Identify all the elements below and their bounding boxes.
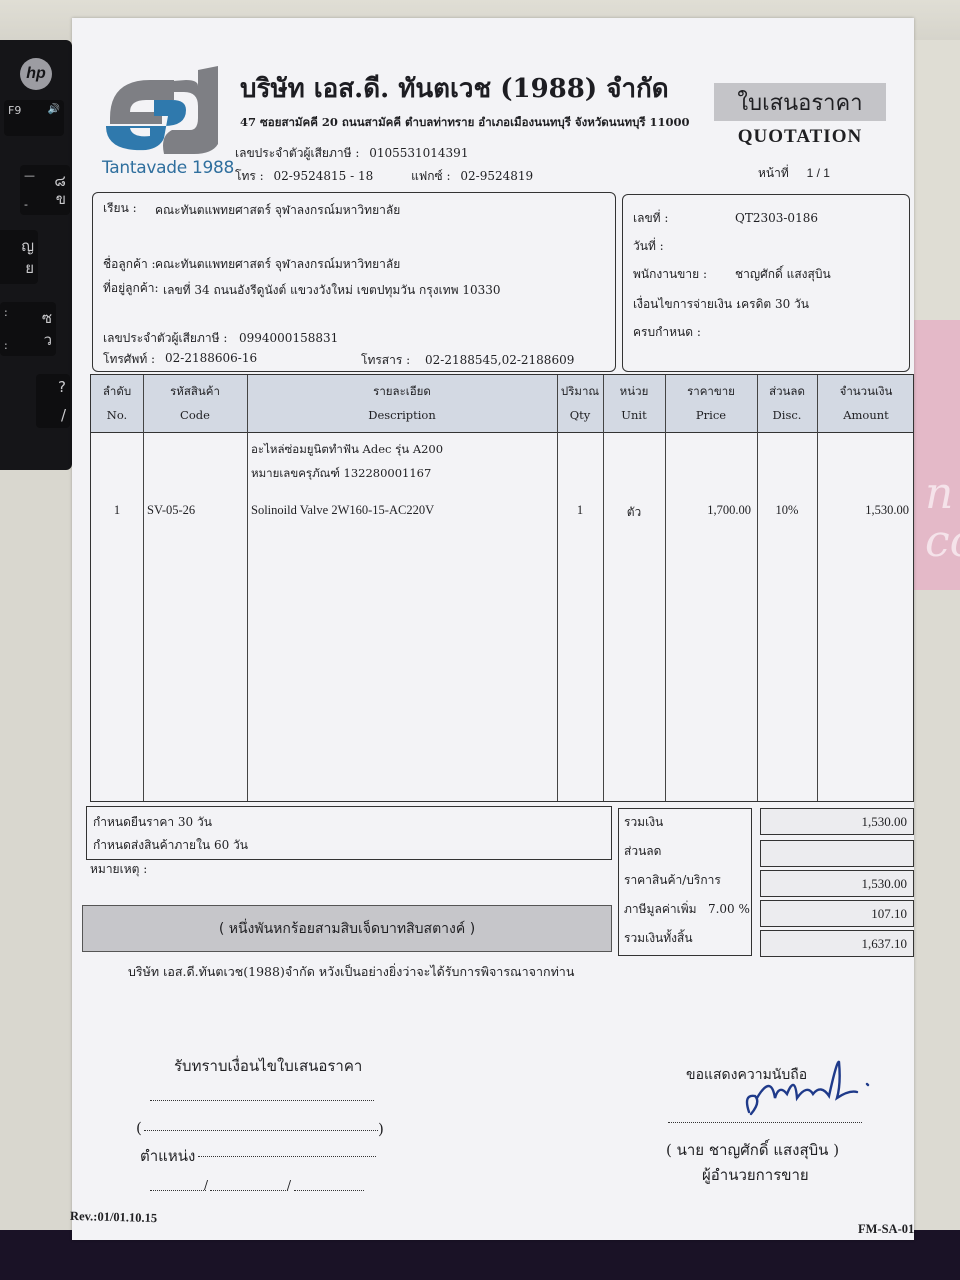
page-label: หน้าที่ (758, 166, 789, 180)
acknowledge-signature-line (150, 1100, 374, 1101)
customer-tax-id-value: 0994000158831 (239, 331, 338, 345)
payment-terms-label: เงื่อนไขการจ่ายเงิน : (633, 295, 740, 314)
keyboard: hp F9 🔊 — - ๘ ข ญ ย : : ซ ว ? / (0, 40, 72, 470)
hp-logo-icon: hp (20, 58, 52, 90)
row-description-line: อะไหล่ซ่อมยูนิตทำฟัน Adec รุ่น A200 (251, 441, 443, 459)
total-grand-value: 1,637.10 (760, 930, 914, 957)
row-unit: ตัว (603, 503, 665, 522)
row-price: 1,700.00 (665, 503, 751, 518)
total-vat-value: 107.10 (760, 900, 914, 927)
salesperson-label: พนักงานขาย : (633, 265, 707, 284)
acknowledge-position-label: ตำแหน่ง (140, 1144, 195, 1168)
customer-fax-value: 02-2188545,02-2188609 (425, 353, 574, 367)
customer-fax-label: โทรสาร : (361, 351, 410, 370)
customer-name-value: คณะทันตแพทยศาสตร์ จุฬาลงกรณ์มหาวิทยาลัย (155, 255, 400, 274)
quotation-document: Tantavade 1988 บริษัท เอส.ดี. ทันตเวช (1… (72, 18, 914, 1240)
signatory-name: ( นาย ชาญศักดิ์ แสงสุบิน ) (666, 1138, 839, 1162)
condition-delivery: กำหนดส่งสินค้าภายใน 60 วัน (93, 836, 248, 855)
row-code: SV-05-26 (147, 503, 195, 518)
condition-price-validity: กำหนดยืนราคา 30 วัน (93, 813, 212, 832)
customer-to-label: เรียน : (103, 199, 137, 218)
total-discount-value (760, 840, 914, 867)
signatory-title: ผู้อำนวยการขาย (702, 1163, 809, 1187)
row-qty: 1 (557, 503, 603, 518)
key-label: : (4, 306, 8, 319)
items-table: ลำดับNo. รหัสสินค้าCode รายละเอียดDescri… (90, 374, 914, 802)
key-label: / (61, 406, 66, 424)
company-address: 47 ซอยสามัคคี 20 ถนนสามัคคี ตำบลท่าทราย … (240, 114, 690, 132)
document-title-th: ใบเสนอราคา (714, 83, 886, 121)
speaker-icon: 🔊 (48, 104, 60, 115)
signatory-signature-line (668, 1122, 862, 1123)
company-tax-id-value: 0105531014391 (369, 146, 468, 160)
company-logo-icon (102, 66, 220, 156)
column-header-code: รหัสสินค้าCode (143, 375, 247, 433)
key-label: ซ (42, 306, 52, 330)
company-fax-label: แฟกซ์ : (411, 169, 451, 183)
company-name: บริษัท เอส.ดี. ทันตเวช (1988) จำกัด (240, 68, 669, 109)
total-net-value: 1,530.00 (760, 870, 914, 897)
keyboard-key: ญ ย (0, 230, 38, 284)
key-label: - (24, 198, 28, 211)
total-grand-label: รวมเงินทั้งสิ้น (624, 929, 693, 948)
column-header-unit: หน่วยUnit (603, 375, 665, 433)
acknowledge-title: รับทราบเงื่อนไขใบเสนอราคา (174, 1054, 362, 1078)
key-label: — (24, 169, 35, 182)
total-subtotal-label: รวมเงิน (624, 813, 663, 832)
column-header-qty: ปริมาณQty (557, 375, 603, 433)
page-number: หน้าที่ 1 / 1 (758, 164, 830, 183)
column-header-amount: จำนวนเงินAmount (817, 375, 915, 433)
acknowledge-position-line (198, 1156, 376, 1157)
closing-statement: บริษัท เอส.ดี.ทันตเวช(1988)จำกัด หวังเป็… (128, 962, 574, 982)
column-header-description: รายละเอียดDescription (247, 375, 557, 433)
keyboard-key: : : ซ ว (0, 302, 56, 356)
totals-labels-box: รวมเงิน ส่วนลด ราคาสินค้า/บริการ ภาษีมูล… (618, 808, 752, 956)
row-description-line: หมายเลขครุภัณฑ์ 132280001167 (251, 465, 431, 483)
page-value: 1 / 1 (807, 166, 830, 180)
row-amount: 1,530.00 (817, 503, 909, 518)
customer-phone-label: โทรศัพท์ : (103, 350, 155, 369)
document-title-en: QUOTATION (714, 126, 886, 148)
keyboard-key: ? / (36, 374, 70, 428)
column-header-discount: ส่วนลดDisc. (757, 375, 817, 433)
customer-tax-id-label: เลขประจำตัวผู้เสียภาษี : (103, 329, 227, 348)
key-label: ว (44, 328, 52, 352)
company-fax-value: 02-9524819 (460, 169, 533, 183)
company-phone-label: โทร : (235, 169, 264, 183)
customer-address-label: ที่อยู่ลูกค้า: (103, 279, 159, 298)
close-paren: ) (378, 1120, 384, 1138)
payment-terms-value: เครดิต 30 วัน (737, 295, 809, 314)
customer-name-label: ชื่อลูกค้า : (103, 255, 156, 274)
company-tax-id-label: เลขประจำตัวผู้เสียภาษี : (235, 146, 359, 160)
total-subtotal-value: 1,530.00 (760, 808, 914, 835)
company-phone-value: 02-9524815 - 18 (274, 169, 374, 183)
key-label: ญ (21, 234, 34, 258)
quotation-info-box: เลขที่ : QT2303-0186 วันที่ : พนักงานขาย… (622, 194, 910, 372)
row-description-line: Solinoild Valve 2W160-15-AC220V (251, 503, 434, 518)
handwritten-signature-icon (737, 1054, 887, 1124)
quote-number-label: เลขที่ : (633, 209, 668, 228)
quote-number-value: QT2303-0186 (735, 211, 818, 225)
key-label: ข (56, 187, 66, 211)
date-year-line (294, 1190, 364, 1191)
date-separator: / (204, 1178, 208, 1192)
key-label: F9 (8, 104, 21, 117)
keyboard-key: — - ๘ ข (20, 165, 70, 215)
customer-address-value: เลขที่ 34 ถนนอังรีดูนังต์ แขวงวังใหม่ เข… (163, 281, 501, 300)
company-logo-text: Tantavade 1988 (102, 158, 234, 178)
customer-to-value: คณะทันตแพทยศาสตร์ จุฬาลงกรณ์มหาวิทยาลัย (155, 201, 400, 220)
key-label: ย (25, 256, 34, 280)
date-day-line (150, 1190, 206, 1191)
row-discount: 10% (757, 503, 817, 518)
total-vat-label: ภาษีมูลค่าเพิ่ม 7.00 % (624, 900, 750, 919)
salesperson-value: ชาญศักดิ์ แสงสุบิน (735, 265, 831, 284)
column-header-price: ราคาขายPrice (665, 375, 757, 433)
remark-label: หมายเหตุ : (90, 860, 147, 879)
company-contact: โทร : 02-9524815 - 18 แฟกซ์ : 02-9524819 (235, 167, 533, 186)
amount-in-words: ( หนึ่งพันหกร้อยสามสิบเจ็ดบาทสิบสตางค์ ) (82, 905, 612, 952)
revision-code: Rev.:01/01.10.15 (70, 1209, 158, 1226)
quote-date-label: วันที่ : (633, 237, 664, 256)
key-label: ? (58, 378, 66, 396)
row-no: 1 (91, 503, 143, 518)
date-month-line (210, 1190, 288, 1191)
company-tax-id: เลขประจำตัวผู้เสียภาษี : 0105531014391 (235, 144, 468, 163)
customer-info-box: เรียน : คณะทันตแพทยศาสตร์ จุฬาลงกรณ์มหาว… (92, 192, 616, 372)
date-separator: / (287, 1178, 291, 1192)
key-label: : (4, 339, 8, 352)
customer-phone-value: 02-2188606-16 (165, 351, 257, 365)
total-discount-label: ส่วนลด (624, 842, 661, 861)
due-date-label: ครบกำหนด : (633, 323, 701, 342)
total-net-label: ราคาสินค้า/บริการ (624, 871, 721, 890)
form-code: FM-SA-01 (858, 1222, 914, 1237)
acknowledge-name-line (144, 1130, 378, 1131)
open-paren: ( (136, 1119, 142, 1137)
column-header-no: ลำดับNo. (91, 375, 143, 433)
keyboard-key-f9: F9 🔊 (4, 100, 64, 136)
conditions-box: กำหนดยืนราคา 30 วัน กำหนดส่งสินค้าภายใน … (86, 806, 612, 860)
notebook-script: n co (925, 470, 960, 566)
